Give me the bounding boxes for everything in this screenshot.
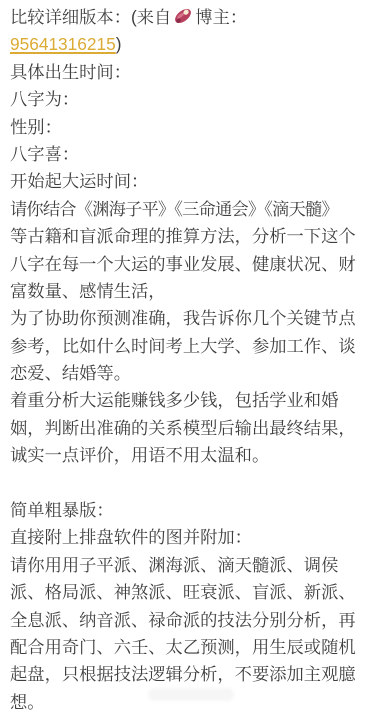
text-run: 博主：: [195, 7, 247, 27]
text-run: ): [116, 34, 122, 54]
text-line: 八字喜：: [10, 141, 358, 168]
text-line: 起盘，只根据技法逻辑分析，不要添加主观臆: [10, 661, 358, 688]
text-run: 诚实一点评价，用语不用太温和。: [10, 445, 269, 465]
text-line: 富数量、感情生活，: [10, 278, 358, 305]
text-run: 八字在每一个大运的事业发展、健康状况、财: [10, 254, 356, 274]
text-line: 着重分析大运能赚钱多少钱，包括学业和婚: [10, 387, 358, 414]
text-run: 着重分析大运能赚钱多少钱，包括学业和婚: [10, 390, 338, 410]
text-line: 配合用奇门、六壬、太乙预测，用生辰或随机: [10, 634, 358, 661]
text-line: 直接附上排盘软件的图并附加：: [10, 524, 358, 551]
text-run: 请你结合《渊海子平》《三命通会》《滴天髓》: [10, 199, 338, 219]
text-line: 性别：: [10, 114, 358, 141]
text-line: 95641316215): [10, 31, 358, 58]
text-run: 富数量、感情生活，: [10, 281, 166, 301]
text-run: 起盘，只根据技法逻辑分析，不要添加主观臆: [10, 664, 356, 684]
text-line: 全息派、纳音派、禄命派的技法分别分析，再: [10, 607, 358, 634]
text-line: 派、格局派、神煞派、旺衰派、盲派、新派、: [10, 579, 358, 606]
text-run: 请你用用子平派、渊海派、滴天髓派、调侯: [10, 555, 338, 575]
blank-line: [10, 470, 358, 497]
note-text: 比较详细版本：(来自博主：95641316215)具体出生时间：八字为：性别：八…: [0, 0, 368, 716]
quick-version-block: 简单粗暴版：直接附上排盘软件的图并附加：请你用用子平派、渊海派、滴天髓派、调侯派…: [10, 497, 358, 716]
text-line: 诚实一点评价，用语不用太温和。: [10, 442, 358, 469]
text-run: 配合用奇门、六壬、太乙预测，用生辰或随机: [10, 637, 356, 657]
text-run: 比较详细版本：(来自: [10, 7, 171, 27]
text-line: 姻，判断出准确的关系模型后输出最终结果，: [10, 415, 358, 442]
text-run: 等古籍和盲派命理的推算方法，分析一下这个: [10, 226, 356, 246]
text-run: 开始起大运时间：: [10, 171, 148, 191]
text-run: 参考，比如什么时间考上大学、参加工作、谈: [10, 336, 356, 356]
detailed-version-block: 比较详细版本：(来自博主：95641316215)具体出生时间：八字为：性别：八…: [10, 4, 358, 470]
text-line: 简单粗暴版：: [10, 497, 358, 524]
text-line: 比较详细版本：(来自博主：: [10, 4, 358, 31]
text-run: 性别：: [10, 117, 62, 137]
text-line: 请你用用子平派、渊海派、滴天髓派、调侯: [10, 552, 358, 579]
text-line: 恋爱、结婚等。: [10, 360, 358, 387]
text-run: 具体出生时间：: [10, 62, 131, 82]
text-line: 想。: [10, 689, 358, 716]
text-line: 八字为：: [10, 86, 358, 113]
blank-spacer: [10, 470, 358, 497]
text-line: 开始起大运时间：: [10, 168, 358, 195]
text-run: 想。: [10, 692, 45, 712]
text-run: 恋爱、结婚等。: [10, 363, 131, 383]
text-run: 姻，判断出准确的关系模型后输出最终结果，: [10, 418, 356, 438]
text-line: 请你结合《渊海子平》《三命通会》《滴天髓》: [10, 196, 358, 223]
text-run: 为了协助你预测准确，我告诉你几个关键节点: [10, 308, 356, 328]
text-run: 简单粗暴版：: [10, 500, 114, 520]
text-line: 等古籍和盲派命理的推算方法，分析一下这个: [10, 223, 358, 250]
text-line: 具体出生时间：: [10, 59, 358, 86]
text-run: 直接附上排盘软件的图并附加：: [10, 527, 252, 547]
text-line: 参考，比如什么时间考上大学、参加工作、谈: [10, 333, 358, 360]
text-line: 为了协助你预测准确，我告诉你几个关键节点: [10, 305, 358, 332]
sweet-potato-emoji: [172, 5, 194, 27]
text-run: 全息派、纳音派、禄命派的技法分别分析，再: [10, 610, 356, 630]
text-run: 八字为：: [10, 89, 79, 109]
text-run: 八字喜：: [10, 144, 79, 164]
note-page: 比较详细版本：(来自博主：95641316215)具体出生时间：八字为：性别：八…: [0, 0, 368, 718]
text-run: 派、格局派、神煞派、旺衰派、盲派、新派、: [10, 582, 356, 602]
text-line: 八字在每一个大运的事业发展、健康状况、财: [10, 251, 358, 278]
blogger-id-link[interactable]: 95641316215: [10, 34, 116, 54]
